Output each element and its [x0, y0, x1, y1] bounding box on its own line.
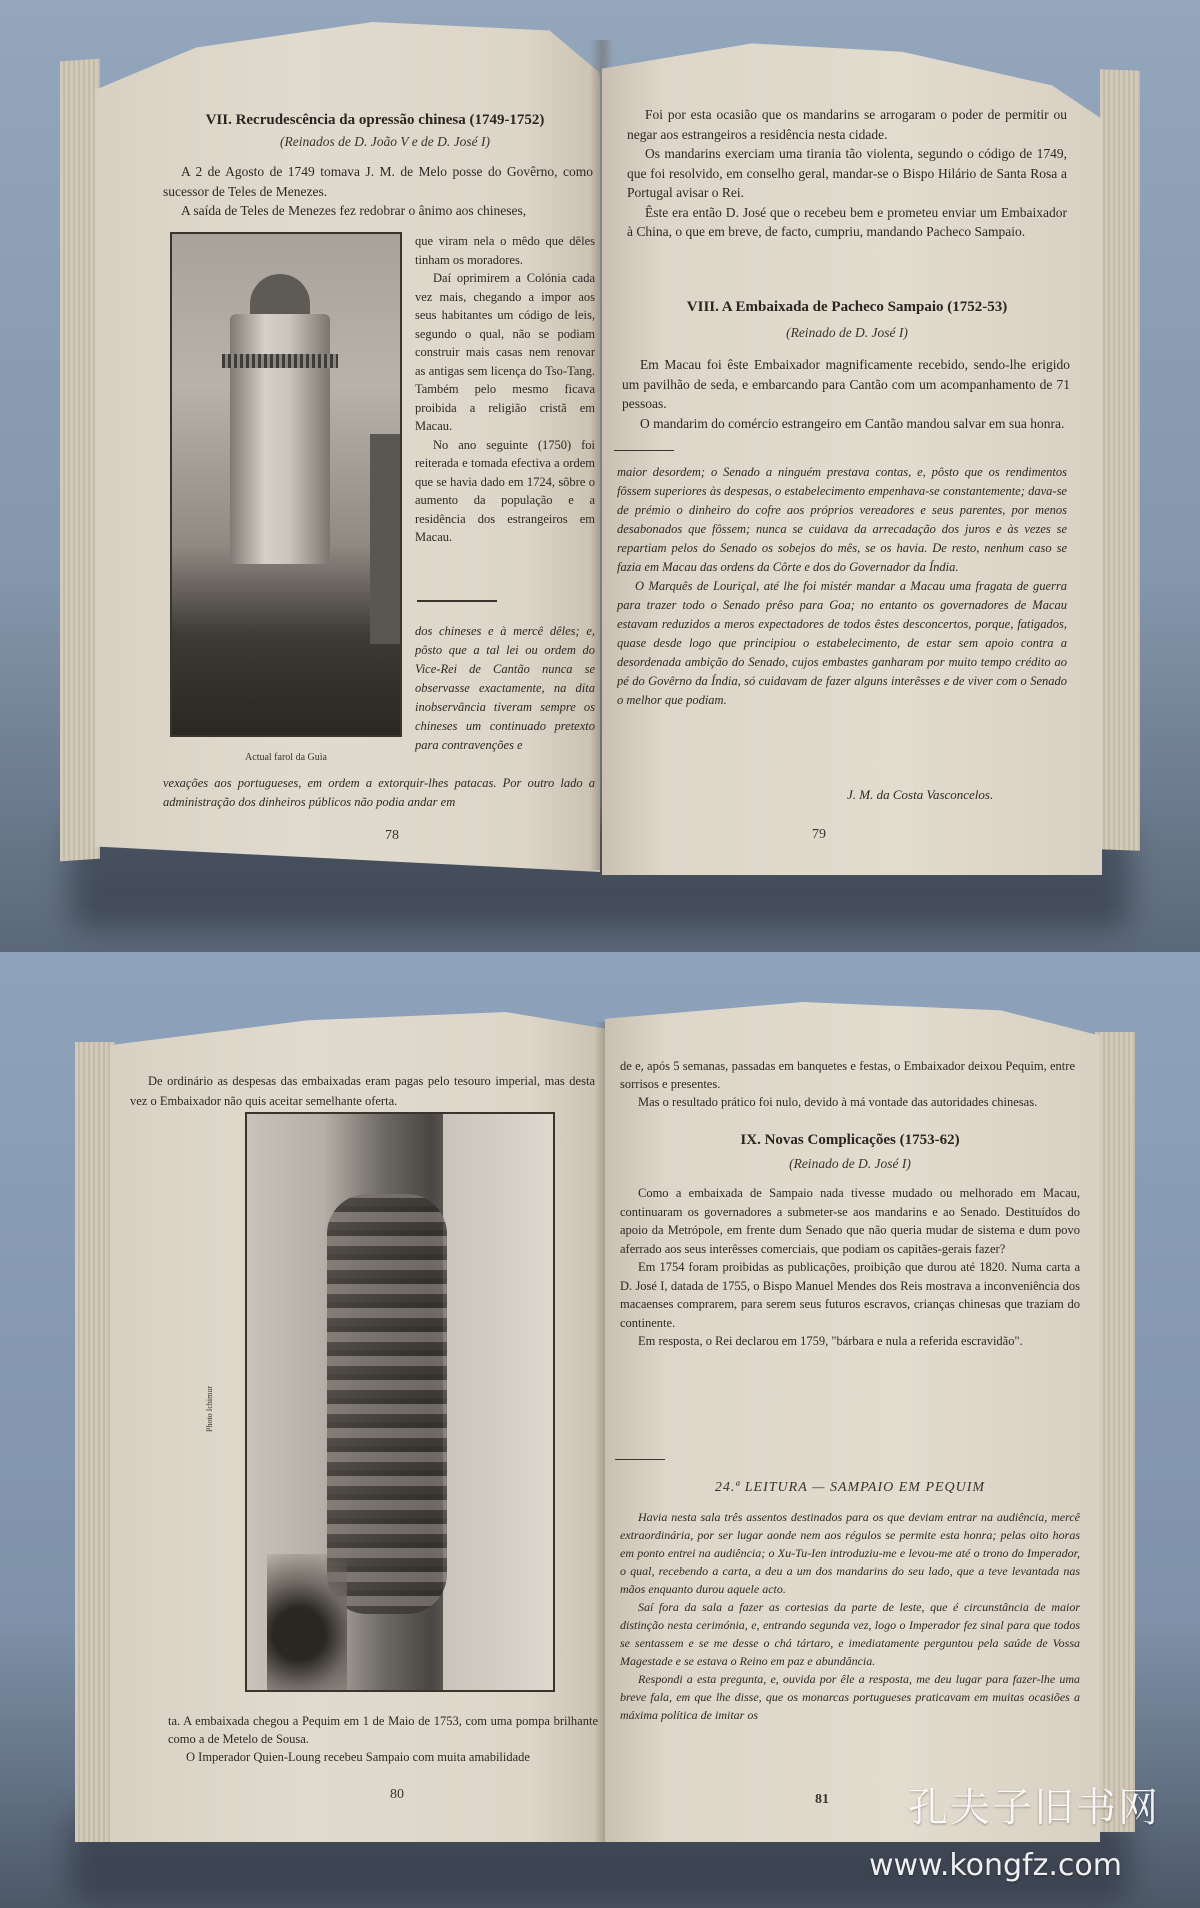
- page-edges-right: [1095, 1032, 1135, 1832]
- section-heading: IX. Novas Complicações (1753-62): [620, 1132, 1080, 1149]
- lighthouse-lantern: [250, 274, 310, 319]
- page-number: 78: [385, 828, 399, 844]
- paragraph: Como a embaixada de Sampaio nada tivesse…: [620, 1184, 1080, 1258]
- section-heading: VII. Recrudescência da opressão chinesa …: [155, 112, 595, 129]
- paragraph: Em Macau foi êste Embaixador magnificame…: [622, 355, 1070, 414]
- paragraph: De ordinário as despesas das embaixadas …: [130, 1072, 595, 1111]
- paragraph: Foi por esta ocasião que os mandarins se…: [627, 105, 1067, 144]
- section-text: Em Macau foi êste Embaixador magnificame…: [622, 355, 1070, 433]
- opening-text: De ordinário as despesas das embaixadas …: [130, 1072, 595, 1111]
- page-number: 81: [815, 1792, 829, 1808]
- author-signature: J. M. da Costa Vasconcelos.: [847, 787, 993, 803]
- top-photo-panel: VII. Recrudescência da opressão chinesa …: [0, 0, 1200, 952]
- reading-text: Havia nesta sala três assentos destinado…: [620, 1508, 1080, 1724]
- footnote-rule: [417, 600, 497, 602]
- paragraph: Êste era então D. José que o recebeu bem…: [627, 203, 1067, 242]
- watermark-url: www.kongfz.com: [869, 1848, 1122, 1883]
- paragraph: O Imperador Quien-Loung recebeu Sampaio …: [168, 1748, 598, 1766]
- page-81: de e, após 5 semanas, passadas em banque…: [605, 1002, 1100, 1842]
- photo-boats: [327, 1194, 447, 1614]
- paragraph: Havia nesta sala três assentos destinado…: [620, 1508, 1080, 1598]
- lighthouse-gallery: [222, 354, 338, 368]
- photo-credit: Photo Ichimur: [205, 1386, 214, 1432]
- lighthouse-wall: [370, 434, 400, 644]
- page-edges-right: [1100, 69, 1140, 850]
- paragraph: Daí oprimirem a Colónia cada vez mais, c…: [415, 269, 595, 436]
- footnote-rule: [614, 450, 674, 451]
- page-79: Foi por esta ocasião que os mandarins se…: [602, 35, 1102, 875]
- paragraph: O Marquês de Louriçal, até lhe foi misté…: [617, 577, 1067, 710]
- page-edges-left: [60, 59, 100, 862]
- closing-text: ta. A embaixada chegou a Pequim em 1 de …: [168, 1712, 598, 1766]
- reading-heading: 24.ª LEITURA — SAMPAIO EM PEQUIM: [620, 1480, 1080, 1496]
- photo-sky: [443, 1114, 553, 1690]
- section-text: Como a embaixada de Sampaio nada tivesse…: [620, 1184, 1080, 1351]
- footnote-column: dos chineses e à mercê dêles; e, pôsto q…: [415, 622, 595, 755]
- photo-people: [267, 1554, 347, 1692]
- paragraph: Os mandarins exerciam uma tirania tão vi…: [627, 144, 1067, 203]
- paragraph: Saí fora da sala a fazer as cortesias da…: [620, 1598, 1080, 1670]
- street-scene-photo: [245, 1112, 555, 1692]
- watermark-chinese: 孔夫子旧书网: [908, 1776, 1160, 1833]
- lighthouse-tower: [230, 314, 330, 564]
- opening-text: de e, após 5 semanas, passadas em banque…: [620, 1057, 1075, 1111]
- page-number: 79: [812, 827, 826, 843]
- paragraph: A 2 de Agosto de 1749 tomava J. M. de Me…: [163, 162, 593, 201]
- figure-caption: Actual farol da Guia: [170, 752, 402, 763]
- paragraph: ta. A embaixada chegou a Pequim em 1 de …: [168, 1712, 598, 1748]
- page-80: De ordinário as despesas das embaixadas …: [110, 1012, 605, 1842]
- page-edges-left: [75, 1042, 115, 1842]
- wrapped-column: que viram nela o mêdo que dêles tinham o…: [415, 232, 595, 547]
- intro-text: A 2 de Agosto de 1749 tomava J. M. de Me…: [163, 162, 593, 221]
- paragraph: Mas o resultado prático foi nulo, devido…: [620, 1093, 1075, 1111]
- page-78: VII. Recrudescência da opressão chinesa …: [95, 22, 600, 872]
- section-subheading: (Reinados de D. João V e de D. José I): [175, 134, 595, 150]
- paragraph: O mandarim do comércio estrangeiro em Ca…: [622, 414, 1070, 434]
- page-number: 80: [390, 1787, 404, 1803]
- lighthouse-photo: [170, 232, 402, 737]
- paragraph: Respondi a esta pregunta, e, ouvida por …: [620, 1670, 1080, 1724]
- footnote-text: maior desordem; o Senado a ninguém prest…: [617, 463, 1067, 710]
- paragraph: No ano seguinte (1750) foi reiterada e t…: [415, 436, 595, 547]
- paragraph: que viram nela o mêdo que dêles tinham o…: [415, 232, 595, 269]
- section-subheading: (Reinado de D. José I): [622, 325, 1072, 341]
- section-subheading: (Reinado de D. José I): [620, 1156, 1080, 1172]
- paragraph: Em 1754 foram proibidas as publicações, …: [620, 1258, 1080, 1332]
- section-rule: [615, 1459, 665, 1460]
- paragraph: Em resposta, o Rei declarou em 1759, "bá…: [620, 1332, 1080, 1351]
- footnote-bottom: vexações aos portugueses, em ordem a ext…: [163, 774, 595, 812]
- section-heading: VIII. A Embaixada de Pacheco Sampaio (17…: [622, 299, 1072, 316]
- paragraph: A saída de Teles de Menezes fez redobrar…: [163, 201, 593, 221]
- paragraph: de e, após 5 semanas, passadas em banque…: [620, 1057, 1075, 1093]
- bottom-photo-panel: De ordinário as despesas das embaixadas …: [0, 952, 1200, 1908]
- opening-text: Foi por esta ocasião que os mandarins se…: [627, 105, 1067, 242]
- paragraph: maior desordem; o Senado a ninguém prest…: [617, 463, 1067, 577]
